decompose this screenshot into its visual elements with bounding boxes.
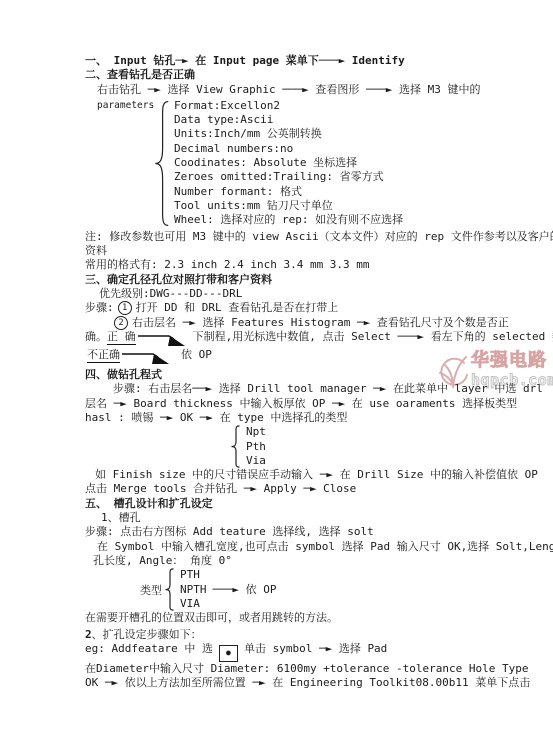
circled-number-2: 2 (114, 316, 128, 330)
sub2-number: 2 (85, 628, 92, 641)
sec2-intro: 右击钻孔 ─► 选择 View Graphic ───► 查看图形 ───► 选… (97, 83, 551, 97)
branch-text: 下制程,用光标选中数值, 点击 Select ───► 看左下角的 select… (193, 330, 553, 343)
sec2-title: 二、查看钻孔是否正确 (85, 68, 551, 82)
npth-arrow-note: ───► 依 OP (213, 583, 277, 596)
sec3-step-1: 步骤:1打开 DD 和 DRL 查看钻孔是否在打带上 (85, 301, 551, 315)
sec5-step-3: 孔长度, Angle： 角度 0° (93, 554, 551, 568)
hole-type-items: Npt Pth Via (246, 425, 266, 468)
param-item: Number formant: 格式 (174, 185, 403, 199)
param-item: Decimal numbers:no (174, 142, 403, 156)
hole-type: Npt (246, 425, 266, 439)
note-line-2: 资料 (85, 244, 551, 258)
sec4-line-4: 如 Finish size 中的尺寸错误应手动输入 ─► 在 Drill Siz… (95, 468, 551, 482)
slot-type: VIA (180, 597, 276, 611)
sec3-title: 三、确定孔径孔位对照打带和客户资料 (85, 273, 551, 287)
slot-type-block: 类型 PTH NPTH───► 依 OP VIA (140, 568, 551, 611)
branch-text: 依 OP (181, 348, 212, 361)
sec5-title: 五、 槽孔设计和扩孔设定 (85, 497, 551, 511)
formats-line: 常用的格式有: 2.3 inch 2.4 inch 3.4 mm 3.3 mm (85, 258, 551, 272)
sec5-sub-2: 2、扩孔设定步骤如下： (85, 628, 551, 642)
sec4-title: 四、做钻孔程式 (85, 368, 551, 382)
slot-type-items: PTH NPTH───► 依 OP VIA (180, 568, 276, 611)
scanned-document-page: 华强电路 hqpcb.com 一、 Input 钻孔─► 在 Input pag… (0, 0, 553, 747)
incorrect-label: 不正确 (87, 348, 120, 363)
slot-type: NPTH (180, 583, 207, 596)
sec4-step-1: 步骤: 右击层名──► 选择 Drill tool manager ─► 在此菜… (113, 382, 551, 396)
hole-type: Via (246, 454, 266, 468)
sec5-line-4: 在需要开槽孔的位置双击即可，或者用跳转的方法。 (85, 611, 551, 625)
param-item: Format:Excellon2 (174, 99, 403, 113)
sec3-incorrect-branch: 不正确依 OP (87, 348, 551, 366)
note-line-1: 注: 修改参数也可用 M3 键中的 view Ascii（文本文件）对应的 re… (85, 230, 551, 244)
param-item: Tool units:mm 钻刀尺寸单位 (174, 199, 403, 213)
wrap-prefix: 确。 (85, 330, 107, 343)
slot-type-npth-line: NPTH───► 依 OP (180, 583, 276, 597)
sec5-step-2: 在 Symbol 中输入槽孔宽度,也可点击 symbol 选择 Pad 输入尺寸… (97, 540, 551, 554)
sec3-step-2: 2右击层名 ─► 选择 Features Histogram ─► 查看钻孔尺寸… (110, 316, 551, 330)
sec1-title: 一、 Input 钻孔─► 在 Input page 菜单下───► Ident… (85, 54, 551, 68)
sub2-text: 、扩孔设定步骤如下： (92, 628, 202, 641)
parameters-label: parameters (97, 99, 153, 111)
hole-type: Pth (246, 440, 266, 454)
param-item: Units:Inch/mm 公英制转换 (174, 127, 403, 141)
step-text: 右击层名 ─► 选择 Features Histogram ─► 查看钻孔尺寸及… (132, 316, 509, 329)
sec5-diameter-line: 在Diameter中输入尺寸 Diameter: 6100my +toleran… (85, 662, 551, 676)
step-text: 打开 DD 和 DRL 查看钻孔是否在打带上 (136, 301, 339, 314)
slot-type-label: 类型 (140, 582, 162, 598)
sec5-eg-line: eg: Addfeatare 中 选●单击 symbol ─► 选择 Pad (85, 642, 551, 662)
boxed-dot-symbol: ● (219, 645, 238, 662)
left-brace-icon (153, 99, 169, 228)
parameters-block: parameters Format:Excellon2 Data type:As… (97, 99, 551, 228)
sec5-sub-1: 1、槽孔 (101, 511, 551, 525)
sec3-priority: 优先级别:DWG---DD---DRL (99, 287, 551, 301)
bent-arrow-icon (121, 352, 171, 366)
left-brace-icon (164, 568, 174, 611)
param-item: Zeroes omitted:Trailing: 省零方式 (174, 170, 403, 184)
parameters-items: Format:Excellon2 Data type:Ascii Units:I… (174, 99, 403, 228)
hole-type-block: Npt Pth Via (230, 425, 551, 468)
correct-label: 正 确 (107, 330, 136, 345)
param-item: Data type:Ascii (174, 113, 403, 127)
slot-type: PTH (180, 568, 276, 582)
document-body: 一、 Input 钻孔─► 在 Input page 菜单下───► Ident… (85, 54, 551, 690)
param-item: Coodinates: Absolute 坐标选择 (174, 156, 403, 170)
sec4-step-3: hasl : 喷锡 ─► OK ─► 在 type 中选择孔的类型 (85, 411, 551, 425)
sec4-step-2: 层名 ─► Board thickness 中输入板厚依 OP ─► 在 use… (85, 397, 551, 411)
sec3-correct-branch: 确。正 确下制程,用光标选中数值, 点击 Select ───► 看左下角的 s… (85, 330, 551, 348)
sec5-step-1: 步骤: 点击右方图标 Add teature 选择线, 选择 solt (85, 525, 551, 539)
param-item: Wheel: 选择对应的 rep: 如没有则不应选择 (174, 213, 403, 227)
left-brace-icon (230, 425, 240, 468)
sec5-last-line: OK ─► 依以上方法加至所需位置 ─► 在 Engineering Toolk… (85, 676, 551, 690)
bent-arrow-icon (137, 334, 187, 348)
sec4-line-5: 点击 Merge tools 合并钻孔 ─► Apply ─► Close (85, 482, 551, 496)
circled-number-1: 1 (118, 301, 132, 315)
step-prefix: 步骤: (85, 301, 114, 314)
eg-rest: 单击 symbol ─► 选择 Pad (244, 642, 387, 655)
eg-prefix: eg: Addfeatare 中 选 (85, 642, 213, 655)
